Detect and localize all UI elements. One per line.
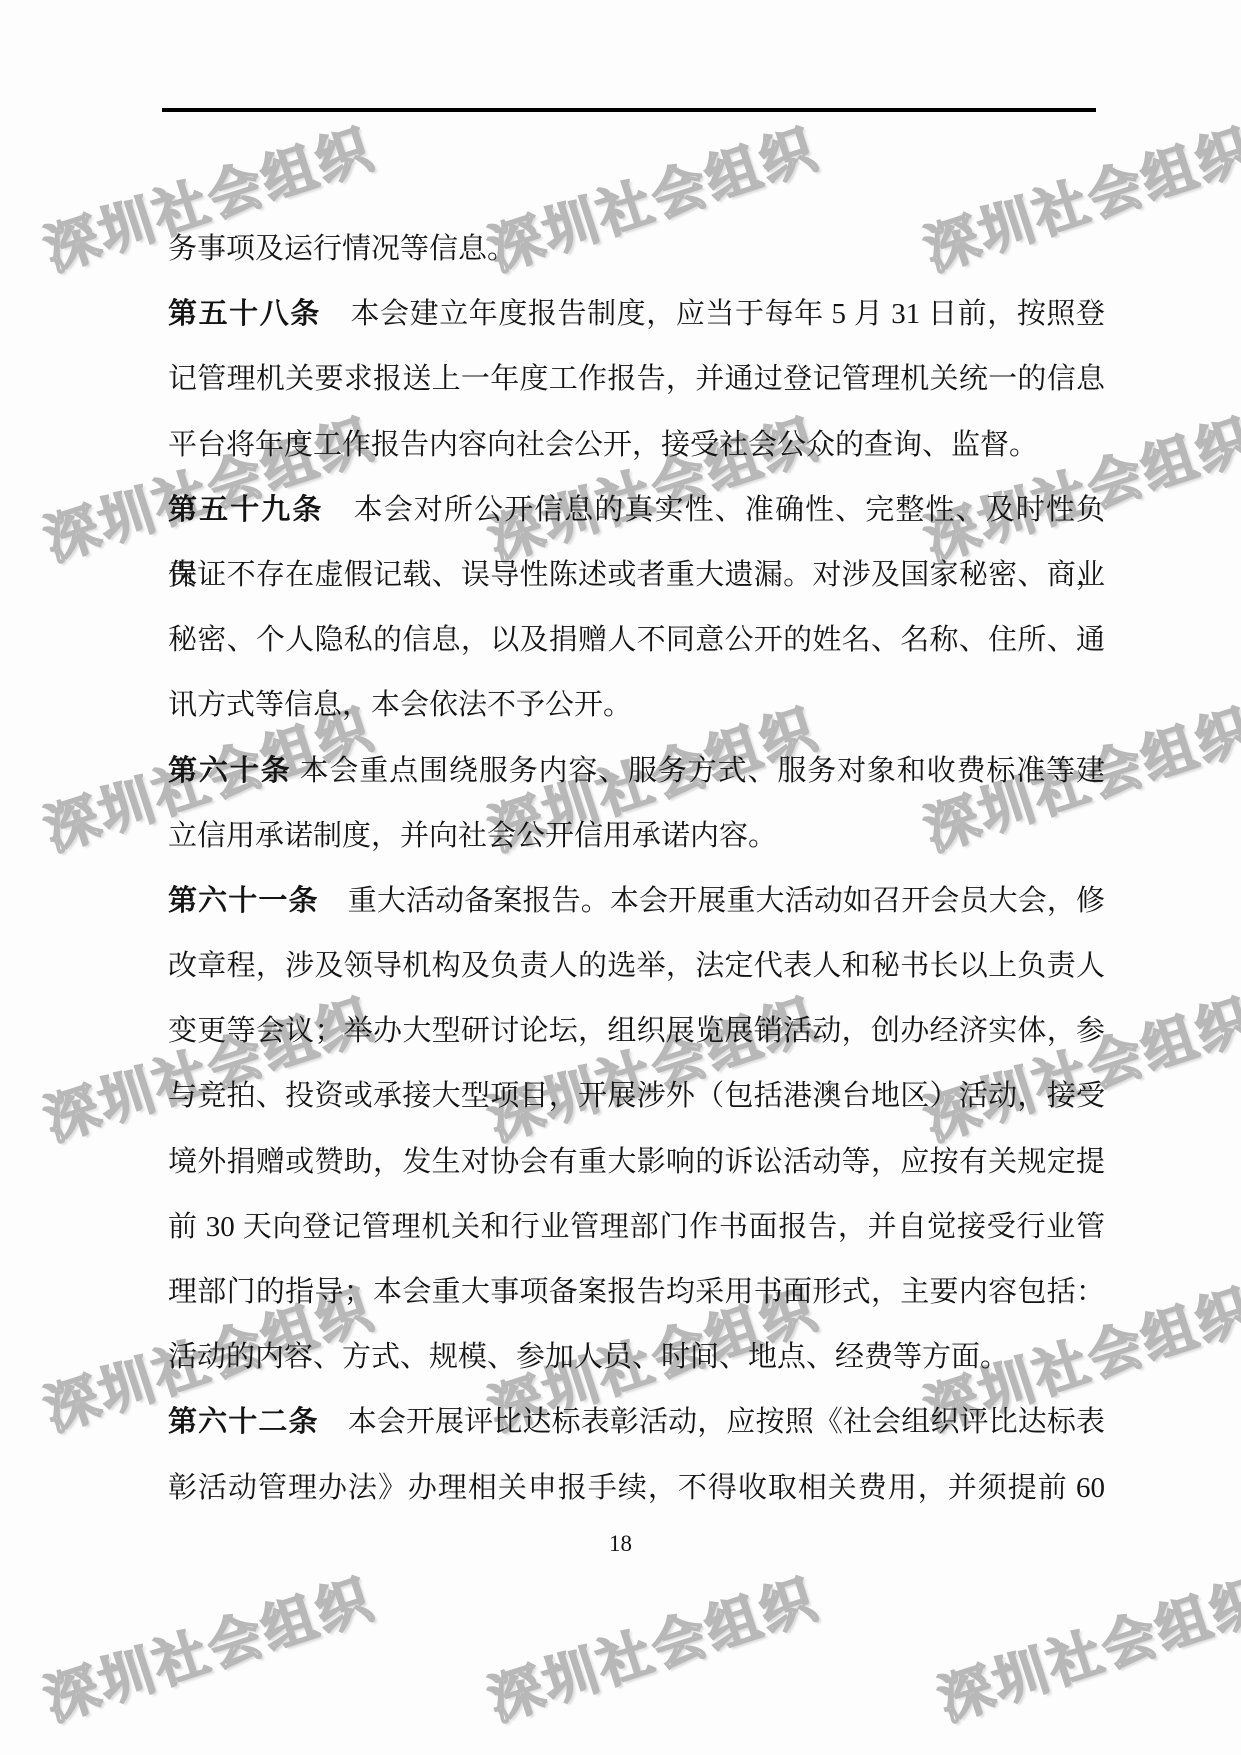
line-text: 本会建立年度报告制度，应当于每年 5 月 31 日前，按照登 — [321, 298, 1105, 330]
text-line: 秘密、个人隐私的信息，以及捐赠人不同意公开的姓名、名称、住所、通 — [168, 608, 1105, 673]
page-number: 18 — [0, 1531, 1241, 1557]
article-number: 第五十九条 — [168, 494, 324, 526]
article-number: 第六十一条 — [168, 885, 319, 917]
text-line: 前 30 天向登记管理机关和行业管理部门作书面报告，并自觉接受行业管 — [168, 1195, 1105, 1260]
line-text: 立信用承诺制度，并向社会公开信用承诺内容。 — [168, 820, 777, 852]
line-text: 务事项及运行情况等信息。 — [168, 233, 516, 265]
line-text: 记管理机关要求报送上一年度工作报告，并通过登记管理机关统一的信息 — [168, 363, 1105, 395]
line-text: 变更等会议；举办大型研讨论坛，组织展览展销活动，创办经济实体，参 — [168, 1015, 1105, 1047]
line-text: 活动的内容、方式、规模、参加人员、时间、地点、经费等方面。 — [168, 1341, 1009, 1373]
line-text: 前 30 天向登记管理机关和行业管理部门作书面报告，并自觉接受行业管 — [168, 1211, 1105, 1243]
text-line: 讯方式等信息，本会依法不予公开。 — [168, 673, 1105, 738]
line-text: 平台将年度工作报告内容向社会公开，接受社会公众的查询、监督。 — [168, 429, 1038, 461]
line-text: 彰活动管理办法》办理相关申报手续，不得收取相关费用，并须提前 60 — [168, 1472, 1105, 1504]
text-line: 保证不存在虚假记载、误导性陈述或者重大遗漏。对涉及国家秘密、商业 — [168, 543, 1105, 608]
text-line: 第六十一条 重大活动备案报告。本会开展重大活动如召开会员大会，修 — [168, 869, 1105, 934]
text-line: 第五十九条 本会对所公开信息的真实性、准确性、完整性、及时性负责， — [168, 478, 1105, 543]
watermark-text: 深圳社会组织 — [477, 1557, 826, 1736]
line-text: 境外捐赠或赞助，发生对协会有重大影响的诉讼活动等，应按有关规定提 — [168, 1146, 1105, 1178]
article-number: 第六十条 — [168, 755, 291, 787]
line-text: 与竞拍、投资或承接大型项目，开展涉外（包括港澳台地区）活动，接受 — [168, 1080, 1105, 1112]
text-line: 立信用承诺制度，并向社会公开信用承诺内容。 — [168, 804, 1105, 869]
document-page: 深圳社会组织深圳社会组织深圳社会组织深圳社会组织深圳社会组织深圳社会组织深圳社会… — [0, 0, 1241, 1755]
text-line: 彰活动管理办法》办理相关申报手续，不得收取相关费用，并须提前 60 — [168, 1456, 1105, 1521]
document-body: 务事项及运行情况等信息。第五十八条 本会建立年度报告制度，应当于每年 5 月 3… — [168, 217, 1105, 1521]
text-line: 第六十条 本会重点围绕服务内容、服务方式、服务对象和收费标准等建 — [168, 739, 1105, 804]
line-text: 理部门的指导；本会重大事项备案报告均采用书面形式，主要内容包括： — [168, 1276, 1105, 1308]
text-line: 务事项及运行情况等信息。 — [168, 217, 1105, 282]
line-text: 重大活动备案报告。本会开展重大活动如召开会员大会，修 — [319, 885, 1105, 917]
watermark-text: 深圳社会组织 — [927, 1557, 1241, 1736]
text-line: 与竞拍、投资或承接大型项目，开展涉外（包括港澳台地区）活动，接受 — [168, 1064, 1105, 1129]
text-line: 活动的内容、方式、规模、参加人员、时间、地点、经费等方面。 — [168, 1325, 1105, 1390]
line-text: 保证不存在虚假记载、误导性陈述或者重大遗漏。对涉及国家秘密、商业 — [168, 559, 1105, 591]
text-line: 理部门的指导；本会重大事项备案报告均采用书面形式，主要内容包括： — [168, 1260, 1105, 1325]
watermark-text: 深圳社会组织 — [33, 1557, 382, 1736]
text-line: 改章程，涉及领导机构及负责人的选举，法定代表人和秘书长以上负责人 — [168, 934, 1105, 999]
article-number: 第六十二条 — [168, 1406, 319, 1438]
text-line: 平台将年度工作报告内容向社会公开，接受社会公众的查询、监督。 — [168, 413, 1105, 478]
text-line: 变更等会议；举办大型研讨论坛，组织展览展销活动，创办经济实体，参 — [168, 999, 1105, 1064]
text-line: 第六十二条 本会开展评比达标表彰活动，应按照《社会组织评比达标表 — [168, 1390, 1105, 1455]
article-number: 第五十八条 — [168, 298, 321, 330]
text-line: 境外捐赠或赞助，发生对协会有重大影响的诉讼活动等，应按有关规定提 — [168, 1130, 1105, 1195]
line-text: 改章程，涉及领导机构及负责人的选举，法定代表人和秘书长以上负责人 — [168, 950, 1105, 982]
text-line: 记管理机关要求报送上一年度工作报告，并通过登记管理机关统一的信息 — [168, 347, 1105, 412]
line-text: 本会重点围绕服务内容、服务方式、服务对象和收费标准等建 — [291, 755, 1105, 787]
line-text: 本会开展评比达标表彰活动，应按照《社会组织评比达标表 — [319, 1406, 1105, 1438]
text-line: 第五十八条 本会建立年度报告制度，应当于每年 5 月 31 日前，按照登 — [168, 282, 1105, 347]
line-text: 秘密、个人隐私的信息，以及捐赠人不同意公开的姓名、名称、住所、通 — [168, 624, 1105, 656]
line-text: 讯方式等信息，本会依法不予公开。 — [168, 689, 632, 721]
